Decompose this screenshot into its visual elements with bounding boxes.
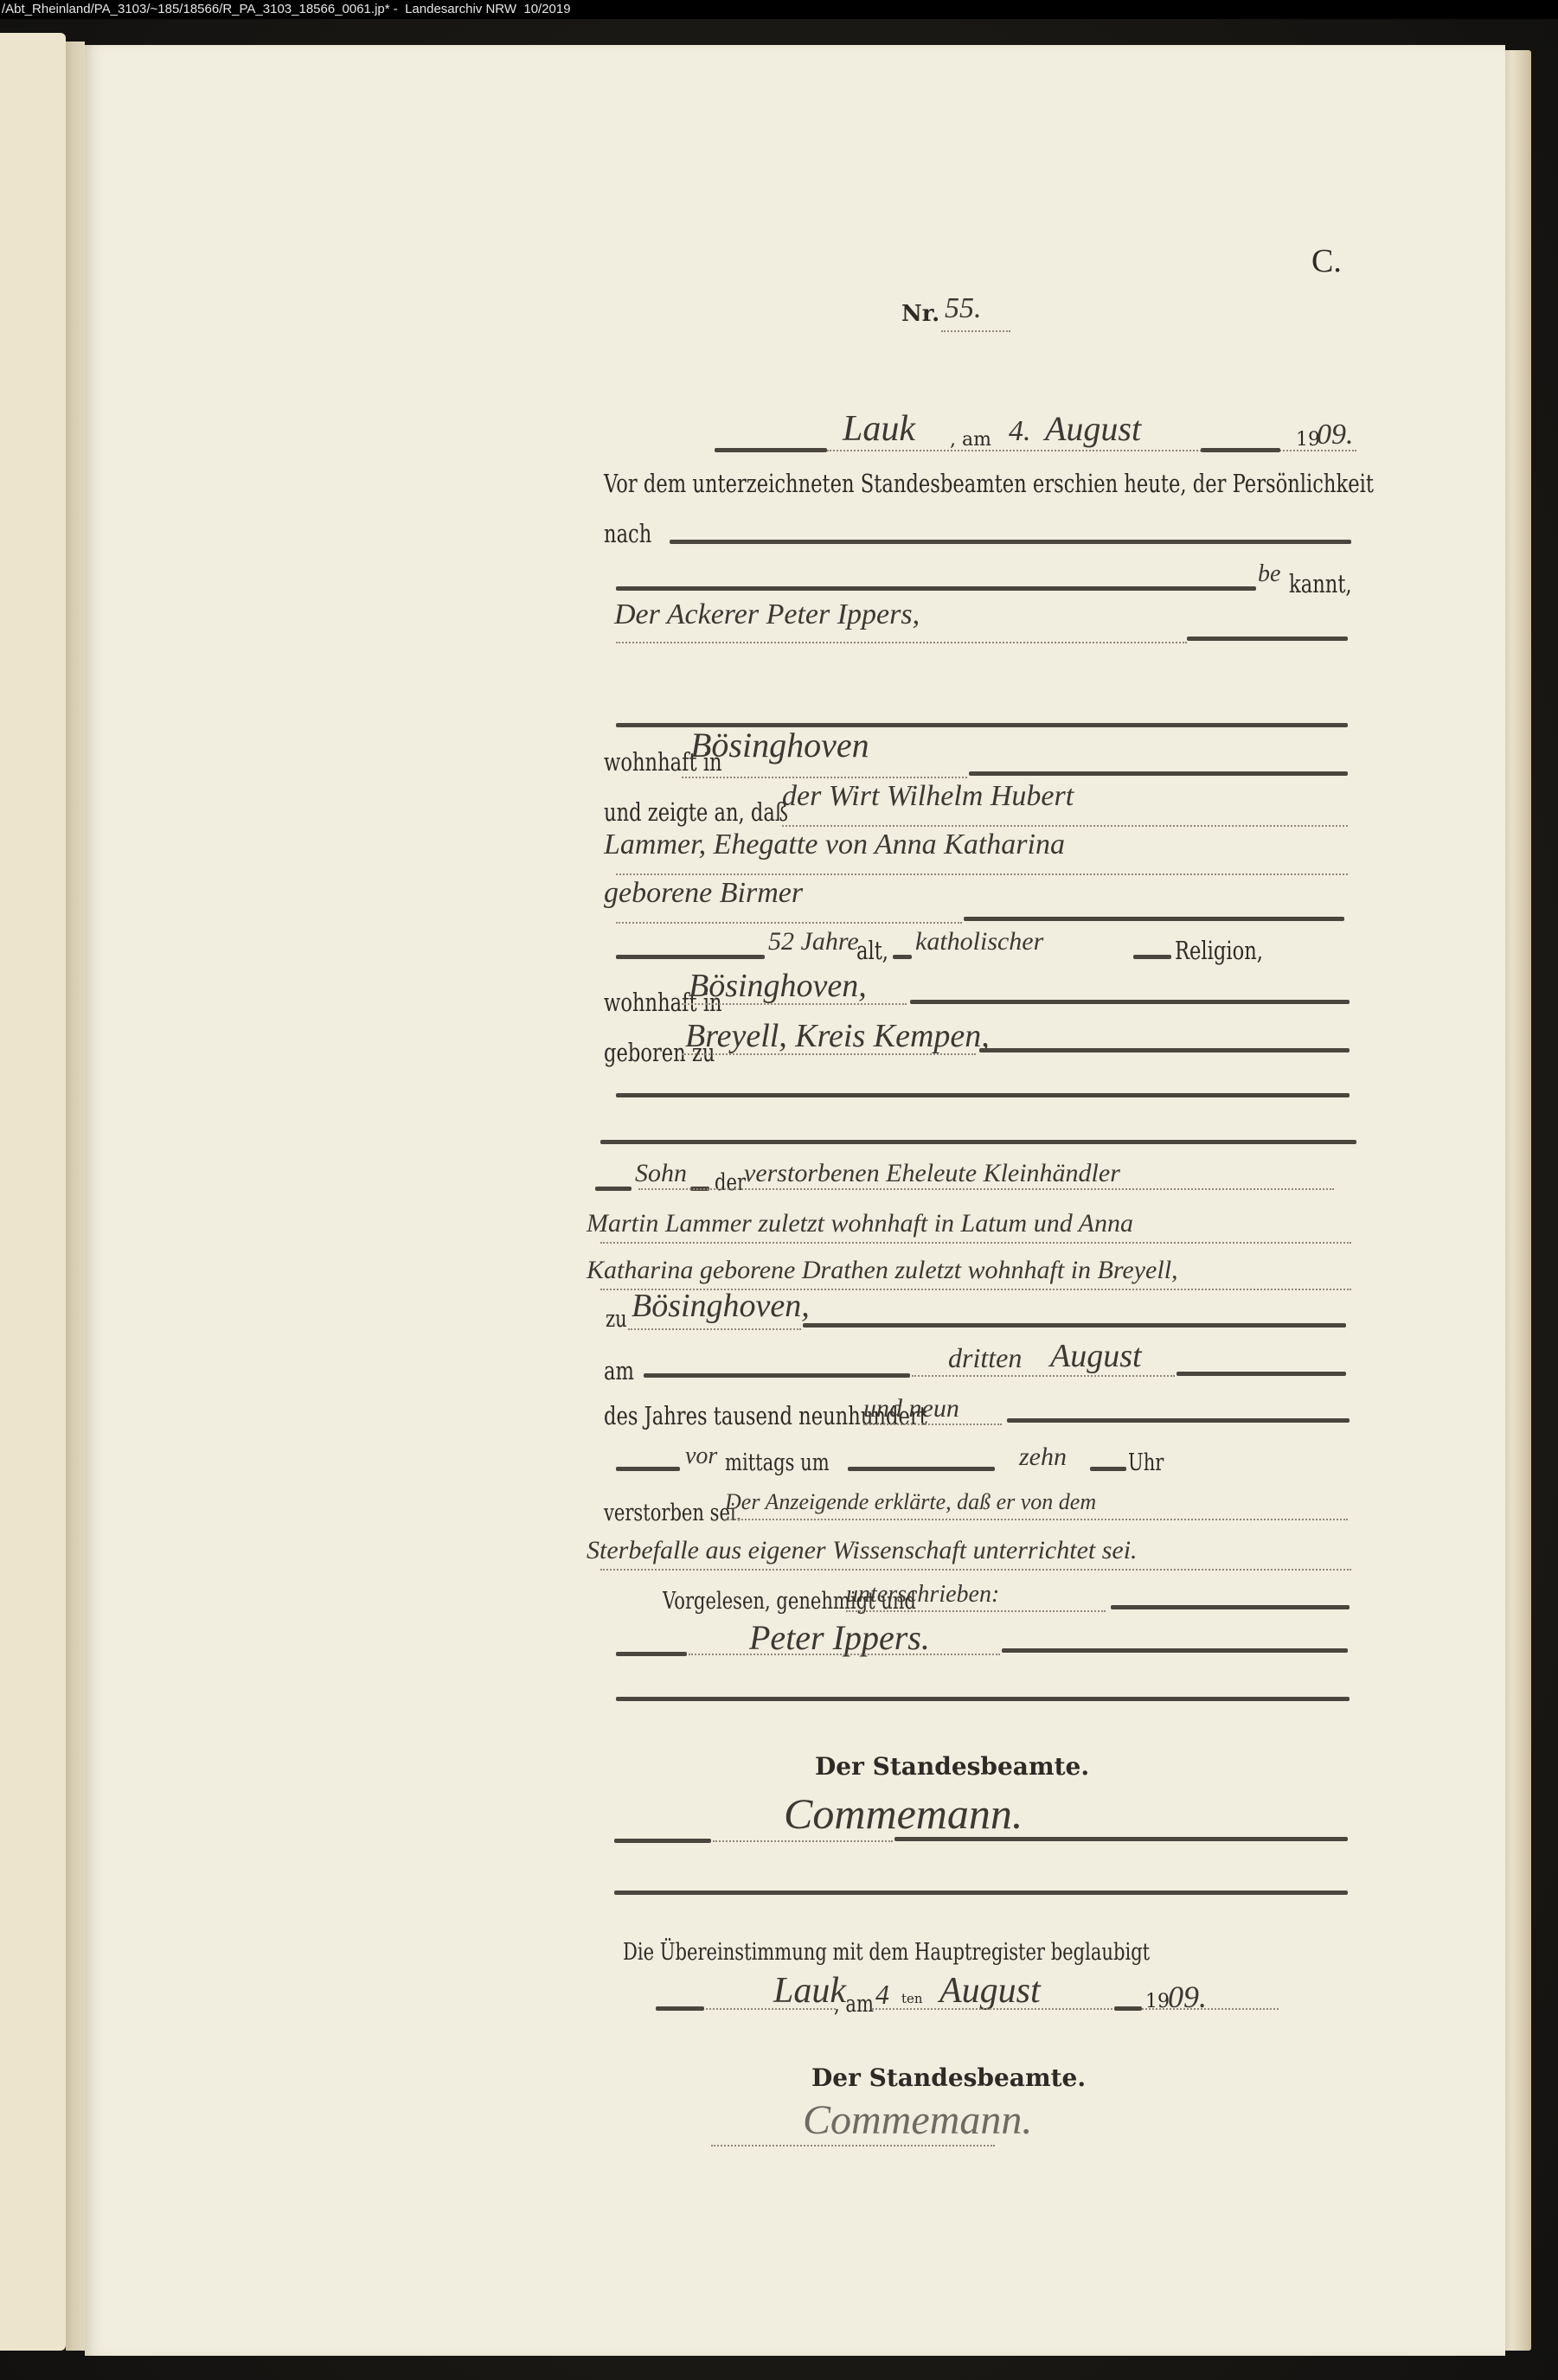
cert-am-label: , am <box>834 1991 874 2018</box>
dotted-line <box>600 1569 1351 1571</box>
register-page: C. Nr. 55. Lauk , am 4. August 19 09. Vo… <box>85 45 1505 2356</box>
remark-line-1: Der Anzeigende erklärte, daß er von dem <box>725 1489 1096 1515</box>
cert-official-signature: Commemann. <box>803 2096 1032 2144</box>
rule <box>1111 1605 1350 1609</box>
cert-year-suffix: 09. <box>1168 1979 1207 2015</box>
religion-value: katholischer <box>915 927 1043 956</box>
dotted-line <box>711 2145 995 2146</box>
dotted-line <box>682 777 967 778</box>
rule <box>616 586 1256 591</box>
official-title: Der Standesbeamte. <box>815 1752 1089 1781</box>
religion-label: Religion, <box>1175 936 1263 965</box>
dotted-line <box>713 1840 893 1842</box>
rule <box>1187 637 1348 641</box>
deceased-residence: Bösinghoven, <box>689 967 867 1005</box>
dotted-line <box>706 2008 836 2010</box>
dotted-line <box>682 1003 907 1005</box>
parents-line-3: Katharina geborene Drathen zuletzt wohnh… <box>587 1256 1178 1285</box>
alt-label: alt, <box>856 936 888 965</box>
rule <box>1090 1467 1126 1471</box>
intro-text: Vor dem unterzeichneten Standesbeamten e… <box>604 469 1374 498</box>
rule <box>1114 2006 1142 2011</box>
rule <box>910 1000 1350 1004</box>
der-label: der <box>715 1169 746 1196</box>
certification-text: Die Übereinstimmung mit dem Hauptregiste… <box>623 1939 1150 1966</box>
left-page-edge <box>0 33 66 2351</box>
vorgelesen-value: unterschrieben: <box>846 1581 999 1609</box>
rule <box>616 1467 680 1471</box>
rule <box>1177 1372 1346 1376</box>
verstorben-label: verstorben sei. <box>604 1500 741 1526</box>
window-title: /Abt_Rheinland/PA_3103/~185/18566/R_PA_3… <box>2 2 571 16</box>
death-month: August <box>1050 1337 1142 1375</box>
rule <box>1007 1418 1350 1423</box>
rule <box>1133 955 1171 959</box>
nach-label: nach <box>604 519 651 548</box>
cert-official-title: Der Standesbeamte. <box>811 2063 1086 2092</box>
declarant-signature: Peter Ippers. <box>749 1617 930 1658</box>
dotted-line <box>846 1610 1106 1612</box>
remark-line-2: Sterbefalle aus eigener Wissenschaft unt… <box>587 1536 1138 1565</box>
bekannt-handwritten: be <box>1258 560 1280 588</box>
header-day: 4. <box>1009 415 1031 448</box>
vor-value: vor <box>685 1443 717 1470</box>
dotted-line <box>872 2008 1279 2010</box>
record-number: 55. <box>945 292 982 325</box>
book-gutter <box>66 42 85 2351</box>
declarant-residence: Bösinghoven <box>690 725 869 765</box>
rule <box>616 1697 1350 1701</box>
rule <box>656 2006 704 2011</box>
dotted-line <box>941 330 1010 332</box>
death-day: dritten <box>948 1342 1022 1374</box>
deceased-line-1: der Wirt Wilhelm Hubert <box>782 780 1074 813</box>
dotted-line <box>782 825 1348 827</box>
death-place: Bösinghoven, <box>632 1287 810 1325</box>
page-stack-edge <box>1504 50 1531 2351</box>
corner-mark: C. <box>1311 242 1342 280</box>
death-hour: zehn <box>1019 1443 1067 1472</box>
cert-year-prefix: 19 <box>1145 1991 1170 2012</box>
rule <box>893 955 912 959</box>
rule <box>616 1652 687 1656</box>
dotted-line <box>628 1328 801 1330</box>
rule <box>848 1467 995 1471</box>
rule <box>595 1187 632 1191</box>
cert-month: August <box>939 1970 1041 2012</box>
age-value: 52 Jahre <box>768 927 859 956</box>
declarant-name: Der Ackerer Peter Ippers, <box>614 598 920 631</box>
dotted-line <box>616 873 1348 875</box>
cert-day-suffix: ten <box>901 1991 923 2006</box>
mittags-label: mittags um <box>725 1449 830 1476</box>
cert-day: 4 <box>875 1979 889 2011</box>
rule <box>616 1093 1350 1097</box>
rule <box>1201 448 1280 452</box>
header-year-suffix: 09. <box>1317 419 1354 451</box>
rule <box>614 1839 711 1843</box>
bekannt-label: kannt, <box>1289 569 1352 598</box>
parents-line-1: verstorbenen Eheleute Kleinhändler <box>744 1159 1120 1188</box>
dotted-line <box>725 1519 1348 1520</box>
uhr-label: Uhr <box>1128 1449 1164 1476</box>
header-am-label: , am <box>950 429 991 451</box>
header-place: Lauk <box>843 408 915 450</box>
parent-relation: Sohn <box>635 1159 687 1188</box>
parents-line-2: Martin Lammer zuletzt wohnhaft in Latum … <box>587 1209 1133 1238</box>
rule <box>715 448 827 452</box>
dotted-line <box>616 642 1187 643</box>
rule <box>964 917 1344 921</box>
dotted-line <box>863 1424 1002 1425</box>
death-year-words: und neun <box>863 1394 959 1424</box>
dotted-line <box>912 1375 1175 1377</box>
rule <box>614 1891 1348 1895</box>
dotted-line <box>616 922 962 924</box>
rule <box>644 1373 910 1378</box>
birthplace: Breyell, Kreis Kempen, <box>685 1017 990 1055</box>
am-label: am <box>604 1356 634 1385</box>
zu-label: zu <box>606 1306 627 1333</box>
dotted-line <box>682 1053 976 1055</box>
rule <box>1002 1648 1348 1653</box>
dotted-line <box>638 1188 1334 1190</box>
dotted-line <box>600 1242 1351 1244</box>
rule <box>600 1140 1356 1144</box>
deceased-line-2: Lammer, Ehegatte von Anna Katharina <box>604 829 1065 861</box>
rule <box>803 1323 1346 1328</box>
dotted-line <box>689 1654 1000 1655</box>
official-signature: Commemann. <box>784 1788 1023 1839</box>
rule <box>894 1837 1348 1841</box>
deceased-line-3: geborene Birmer <box>604 877 803 910</box>
rule <box>979 1048 1350 1052</box>
rule <box>969 771 1348 776</box>
header-month: August <box>1045 408 1141 449</box>
rule <box>616 955 765 959</box>
zeigte-an-label: und zeigte an, daß <box>604 797 788 827</box>
rule <box>670 540 1351 544</box>
window-title-bar: /Abt_Rheinland/PA_3103/~185/18566/R_PA_3… <box>0 0 1558 19</box>
number-label: Nr. <box>901 301 939 327</box>
